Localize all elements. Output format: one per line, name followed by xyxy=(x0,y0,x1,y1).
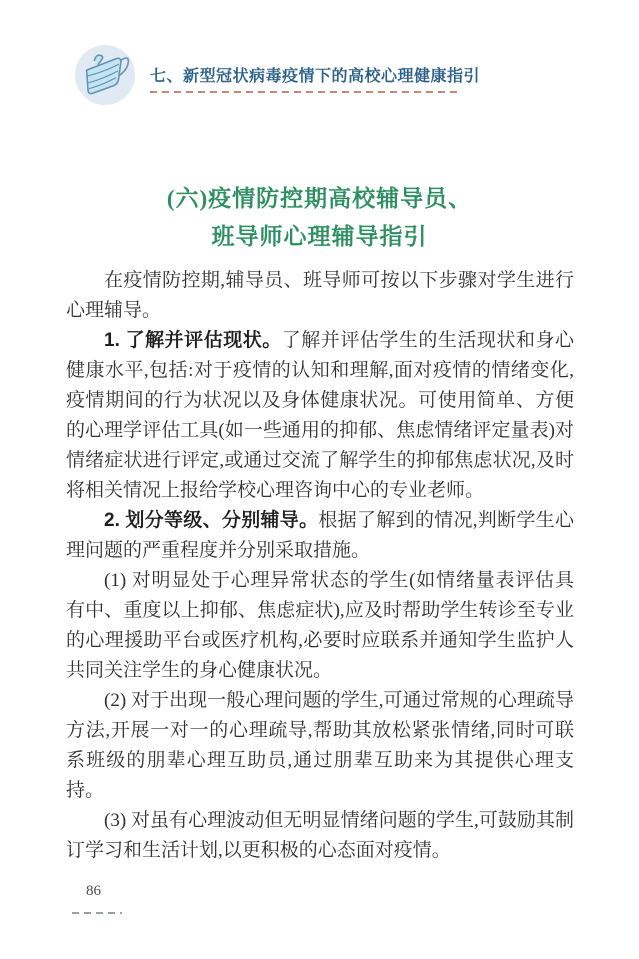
paragraph-text: (3) 对虽有心理波动但无明显情绪问题的学生,可鼓励其制订学习和生活计划,以更积… xyxy=(66,810,574,861)
paragraph-intro: 在疫情防控期,辅导员、班导师可按以下步骤对学生进行心理辅导。 xyxy=(66,266,574,326)
paragraph-lead: 2. 划分等级、分别辅导。 xyxy=(104,510,318,531)
header-dashed-divider xyxy=(150,91,462,93)
section-title-line2: 班导师心理辅导指引 xyxy=(212,224,428,249)
paragraph-step1: 1. 了解并评估现状。了解并评估学生的生活现状和身心健康水平,包括:对于疫情的认… xyxy=(66,326,574,506)
paragraph-text: (2) 对于出现一般心理问题的学生,可通过常规的心理疏导方法,开展一对一的心理疏… xyxy=(66,690,574,801)
paragraph-step2: 2. 划分等级、分别辅导。根据了解到的情况,判断学生心理问题的严重程度并分别采取… xyxy=(66,506,574,566)
paragraph-text: 在疫情防控期,辅导员、班导师可按以下步骤对学生进行心理辅导。 xyxy=(66,270,574,321)
document-page: 七、新型冠状病毒疫情下的高校心理健康指引 (六)疫情防控期高校辅导员、班导师心理… xyxy=(0,0,639,959)
chapter-header: 七、新型冠状病毒疫情下的高校心理健康指引 xyxy=(74,44,594,108)
body-text: 在疫情防控期,辅导员、班导师可按以下步骤对学生进行心理辅导。 1. 了解并评估现… xyxy=(66,266,574,866)
page-number: 86 xyxy=(86,883,101,900)
paragraph-text: (1) 对明显处于心理异常状态的学生(如情绪量表评估具有中、重度以上抑郁、焦虑症… xyxy=(66,570,574,681)
chapter-title: 七、新型冠状病毒疫情下的高校心理健康指引 xyxy=(150,63,480,86)
paragraph-text: 了解并评估学生的生活现状和身心健康水平,包括:对于疫情的认知和理解,面对疫情的情… xyxy=(66,330,574,501)
section-title: (六)疫情防控期高校辅导员、班导师心理辅导指引 xyxy=(0,180,639,256)
footer-dashed-mark xyxy=(72,912,122,914)
paragraph-item2: (2) 对于出现一般心理问题的学生,可通过常规的心理疏导方法,开展一对一的心理疏… xyxy=(66,686,574,806)
face-mask-icon xyxy=(74,44,136,106)
paragraph-item1: (1) 对明显处于心理异常状态的学生(如情绪量表评估具有中、重度以上抑郁、焦虑症… xyxy=(66,566,574,686)
paragraph-item3: (3) 对虽有心理波动但无明显情绪问题的学生,可鼓励其制订学习和生活计划,以更积… xyxy=(66,806,574,866)
paragraph-lead: 1. 了解并评估现状。 xyxy=(104,330,282,351)
face-mask-icon-graphic xyxy=(74,44,136,106)
section-title-line1: (六)疫情防控期高校辅导员、 xyxy=(167,186,472,211)
